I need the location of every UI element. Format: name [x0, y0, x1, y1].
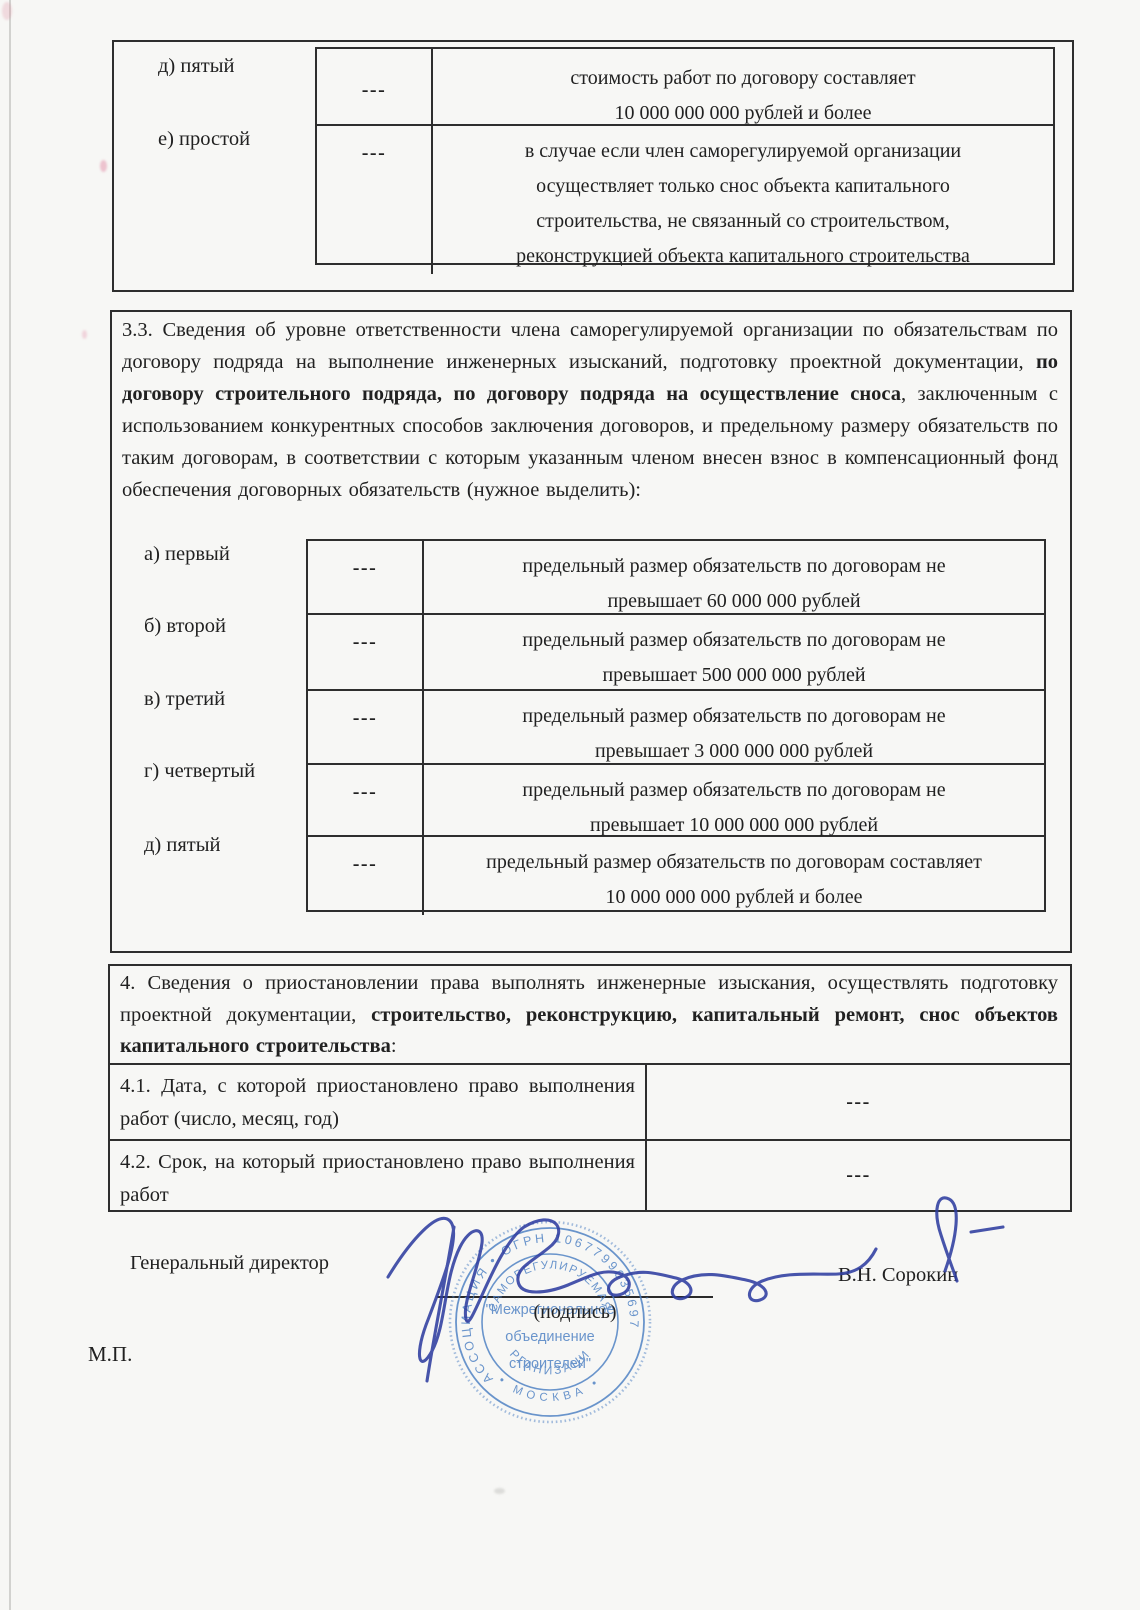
level-label-d2: д) пятый	[144, 834, 221, 857]
scanned-document-page: д) пятый е) простой --- стоимость работ …	[0, 0, 1140, 1610]
description-line: 10 000 000 000 рублей и более	[424, 880, 1044, 915]
description-line: превышает 60 000 000 рублей	[424, 584, 1044, 619]
handwritten-signature	[370, 1175, 1030, 1390]
row-4-1: 4.1. Дата, с которой приостановлено прав…	[110, 1063, 1070, 1139]
table-row: --- в случае если член саморегулируемой …	[317, 126, 1053, 274]
level-label-a: а) первый	[144, 543, 230, 566]
paragraph-4: 4. Сведения о приостановлении права выпо…	[120, 968, 1058, 1063]
signature-caption: (подпись)	[437, 1301, 713, 1324]
dash-cell: ---	[317, 49, 433, 124]
description-line: строительства, не связанный со строитель…	[433, 204, 1053, 239]
director-title: Генеральный директор	[130, 1252, 329, 1275]
row-4-1-label: 4.1. Дата, с которой приостановлено прав…	[110, 1065, 647, 1139]
description-line: превышает 3 000 000 000 рублей	[424, 734, 1044, 769]
description-line: осуществляет только снос объекта капитал…	[433, 169, 1053, 204]
level-label-d: д) пятый	[158, 55, 235, 78]
description-cell: предельный размер обязательств по догово…	[424, 765, 1044, 835]
table-row: --- предельный размер обязательств по до…	[308, 541, 1044, 615]
dash-cell: ---	[308, 541, 424, 613]
table-row: --- стоимость работ по договору составля…	[317, 49, 1053, 126]
signature-stroke	[971, 1227, 1003, 1232]
scan-speck	[100, 160, 107, 172]
table-row: --- предельный размер обязательств по до…	[308, 837, 1044, 915]
signature-stroke	[388, 1218, 876, 1361]
description-cell: стоимость работ по договору составляет 1…	[433, 49, 1053, 124]
table-row: --- предельный размер обязательств по до…	[308, 691, 1044, 765]
dash-cell: ---	[308, 765, 424, 835]
description-line: предельный размер обязательств по догово…	[424, 549, 1044, 584]
table-row: --- предельный размер обязательств по до…	[308, 615, 1044, 691]
description-line: стоимость работ по договору составляет	[433, 61, 1053, 96]
level-label-e: е) простой	[158, 128, 250, 151]
description-cell: предельный размер обязательств по догово…	[424, 615, 1044, 689]
dash-cell: ---	[317, 126, 433, 274]
description-cell: предельный размер обязательств по догово…	[424, 691, 1044, 763]
section-33-box: 3.3. Сведения об уровне ответственности …	[110, 310, 1072, 953]
description-line: предельный размер обязательств по догово…	[424, 623, 1044, 658]
description-line: предельный размер обязательств по догово…	[424, 773, 1044, 808]
description-line: превышает 500 000 000 рублей	[424, 658, 1044, 693]
level-label-b: б) второй	[144, 615, 226, 638]
seal-place-mark: М.П.	[88, 1342, 132, 1367]
level-label-g: г) четвертый	[144, 760, 255, 783]
dash-cell: ---	[308, 615, 424, 689]
table-row: --- предельный размер обязательств по до…	[308, 765, 1044, 837]
description-line: в случае если член саморегулируемой орга…	[433, 134, 1053, 169]
obligation-limits-table: --- предельный размер обязательств по до…	[306, 539, 1046, 912]
description-line: реконструкцией объекта капитального стро…	[433, 239, 1053, 274]
scan-speck	[2, 2, 12, 20]
scan-speck	[494, 1488, 505, 1494]
scan-speck	[82, 330, 87, 339]
paragraph-4-text: :	[391, 1035, 397, 1057]
paragraph-3-3: 3.3. Сведения об уровне ответственности …	[122, 314, 1058, 506]
levels-cost-table: --- стоимость работ по договору составля…	[315, 47, 1055, 265]
section-32-continuation-box: д) пятый е) простой --- стоимость работ …	[112, 40, 1074, 292]
dash-cell: ---	[308, 691, 424, 763]
description-cell: в случае если член саморегулируемой орга…	[433, 126, 1053, 274]
dash-cell: ---	[308, 837, 424, 915]
scan-edge-artifact	[9, 0, 11, 1610]
description-line: предельный размер обязательств по догово…	[424, 845, 1044, 880]
description-cell: предельный размер обязательств по догово…	[424, 837, 1044, 915]
signature-stroke	[937, 1198, 957, 1281]
paragraph-3-3-text: 3.3. Сведения об уровне ответственности …	[122, 319, 1058, 373]
row-4-1-value: ---	[647, 1065, 1070, 1139]
level-label-v: в) третий	[144, 688, 225, 711]
description-cell: предельный размер обязательств по догово…	[424, 541, 1044, 613]
description-line: предельный размер обязательств по догово…	[424, 699, 1044, 734]
